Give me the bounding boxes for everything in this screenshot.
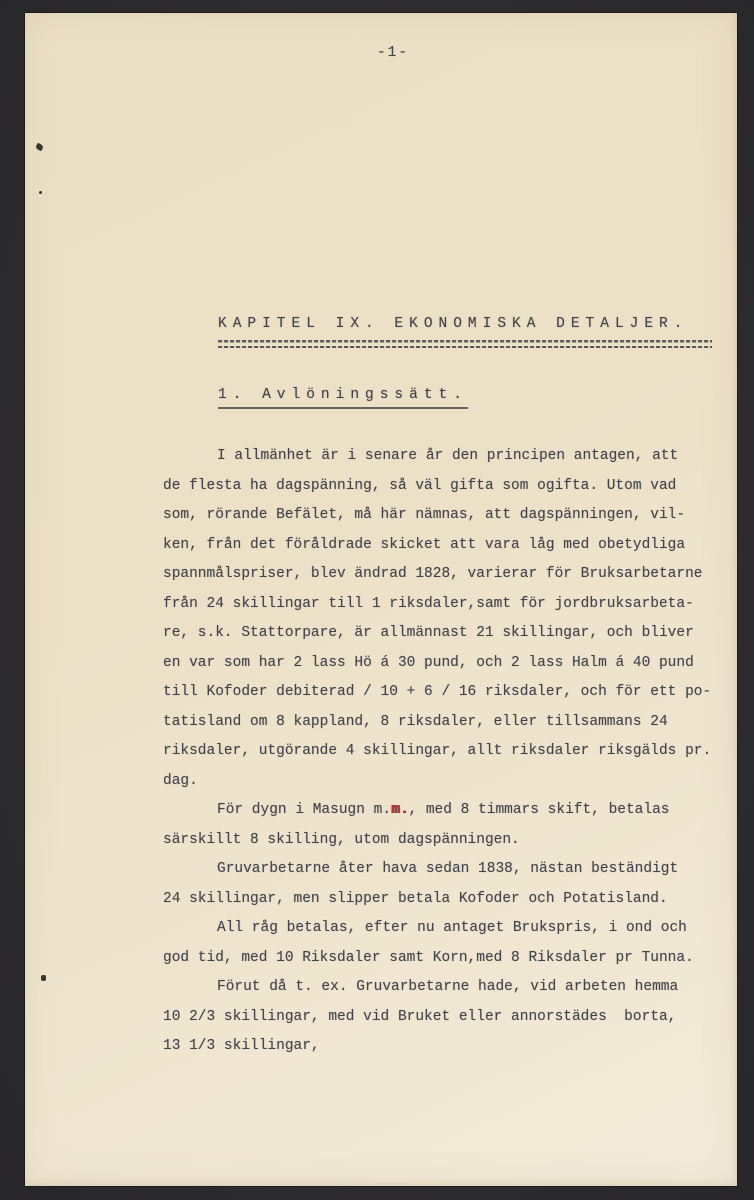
ink-speck — [35, 143, 44, 152]
typed-text: I allmänhet är i senare år den principen… — [217, 448, 678, 464]
ink-speck — [41, 975, 46, 981]
typed-text: de flesta ha dagspänning, så väl gifta s… — [163, 478, 676, 494]
typed-text: 24 skillingar, men slipper betala Kofode… — [163, 891, 668, 907]
typed-text: Förut då t. ex. Gruvarbetarne hade, vid … — [217, 979, 678, 995]
typed-line: 13 1/3 skillingar, — [163, 1032, 723, 1062]
typed-text: särskillt 8 skilling, utom dagspänningen… — [163, 832, 520, 848]
section-heading: 1. Avlöningssätt. — [218, 387, 468, 409]
scan-backdrop: -1- KAPITEL IX. EKONOMISKA DETALJER. 1. … — [0, 0, 754, 1200]
typed-text: ken, från det föråldrade skicket att var… — [163, 537, 685, 553]
typed-text: re, s.k. Stattorpare, är allmännast 21 s… — [163, 625, 694, 641]
typed-line: dag. — [163, 767, 723, 797]
typed-line: Gruvarbetarne åter hava sedan 1838, näst… — [163, 855, 723, 885]
typed-line: särskillt 8 skilling, utom dagspänningen… — [163, 826, 723, 856]
typed-line: tatisland om 8 kappland, 8 riksdaler, el… — [163, 708, 723, 738]
page-number: -1- — [37, 45, 749, 61]
typed-line: För dygn i Masugn m.m., med 8 timmars sk… — [163, 796, 723, 826]
typed-text: en var som har 2 lass Hö á 30 pund, och … — [163, 655, 694, 671]
typed-line: spannmålspriser, blev ändrad 1828, varie… — [163, 560, 723, 590]
typed-text: dag. — [163, 773, 198, 789]
typed-text: 13 1/3 skillingar, — [163, 1038, 320, 1054]
typed-text: All råg betalas, efter nu antaget Bruksp… — [217, 920, 687, 936]
typed-line: god tid, med 10 Riksdaler samt Korn,med … — [163, 944, 723, 974]
typed-line: riksdaler, utgörande 4 skillingar, allt … — [163, 737, 723, 767]
typed-text: Gruvarbetarne åter hava sedan 1838, näst… — [217, 861, 678, 877]
typed-text: riksdaler, utgörande 4 skillingar, allt … — [163, 743, 711, 759]
typed-text: från 24 skillingar till 1 riksdaler,samt… — [163, 596, 694, 612]
typed-line: 24 skillingar, men slipper betala Kofode… — [163, 885, 723, 915]
typed-text: god tid, med 10 Riksdaler samt Korn,med … — [163, 950, 694, 966]
typed-line: All råg betalas, efter nu antaget Bruksp… — [163, 914, 723, 944]
red-overstrike-correction: m. — [391, 802, 408, 818]
document-page: -1- KAPITEL IX. EKONOMISKA DETALJER. 1. … — [25, 13, 737, 1186]
typed-line: som, rörande Befälet, må här nämnas, att… — [163, 501, 723, 531]
typed-text: , med 8 timmars skift, betalas — [408, 802, 669, 818]
typed-line: ken, från det föråldrade skicket att var… — [163, 531, 723, 561]
typed-line: de flesta ha dagspänning, så väl gifta s… — [163, 472, 723, 502]
typed-text: För dygn i Masugn m. — [217, 802, 391, 818]
chapter-title: KAPITEL IX. EKONOMISKA DETALJER. — [218, 316, 688, 332]
typed-line: I allmänhet är i senare år den principen… — [163, 442, 723, 472]
title-underline-rule — [218, 340, 712, 348]
typed-line: en var som har 2 lass Hö á 30 pund, och … — [163, 649, 723, 679]
typed-text: spannmålspriser, blev ändrad 1828, varie… — [163, 566, 703, 582]
typed-line: 10 2/3 skillingar, med vid Bruket eller … — [163, 1003, 723, 1033]
typed-text: tatisland om 8 kappland, 8 riksdaler, el… — [163, 714, 668, 730]
ink-speck — [39, 191, 42, 194]
typed-line: från 24 skillingar till 1 riksdaler,samt… — [163, 590, 723, 620]
typed-line: till Kofoder debiterad / 10 + 6 / 16 rik… — [163, 678, 723, 708]
typed-text: till Kofoder debiterad / 10 + 6 / 16 rik… — [163, 684, 711, 700]
typed-line: re, s.k. Stattorpare, är allmännast 21 s… — [163, 619, 723, 649]
typed-text: som, rörande Befälet, må här nämnas, att… — [163, 507, 685, 523]
typed-line: Förut då t. ex. Gruvarbetarne hade, vid … — [163, 973, 723, 1003]
typed-text: 10 2/3 skillingar, med vid Bruket eller … — [163, 1009, 676, 1025]
typed-lines: I allmänhet är i senare år den principen… — [163, 442, 723, 1062]
